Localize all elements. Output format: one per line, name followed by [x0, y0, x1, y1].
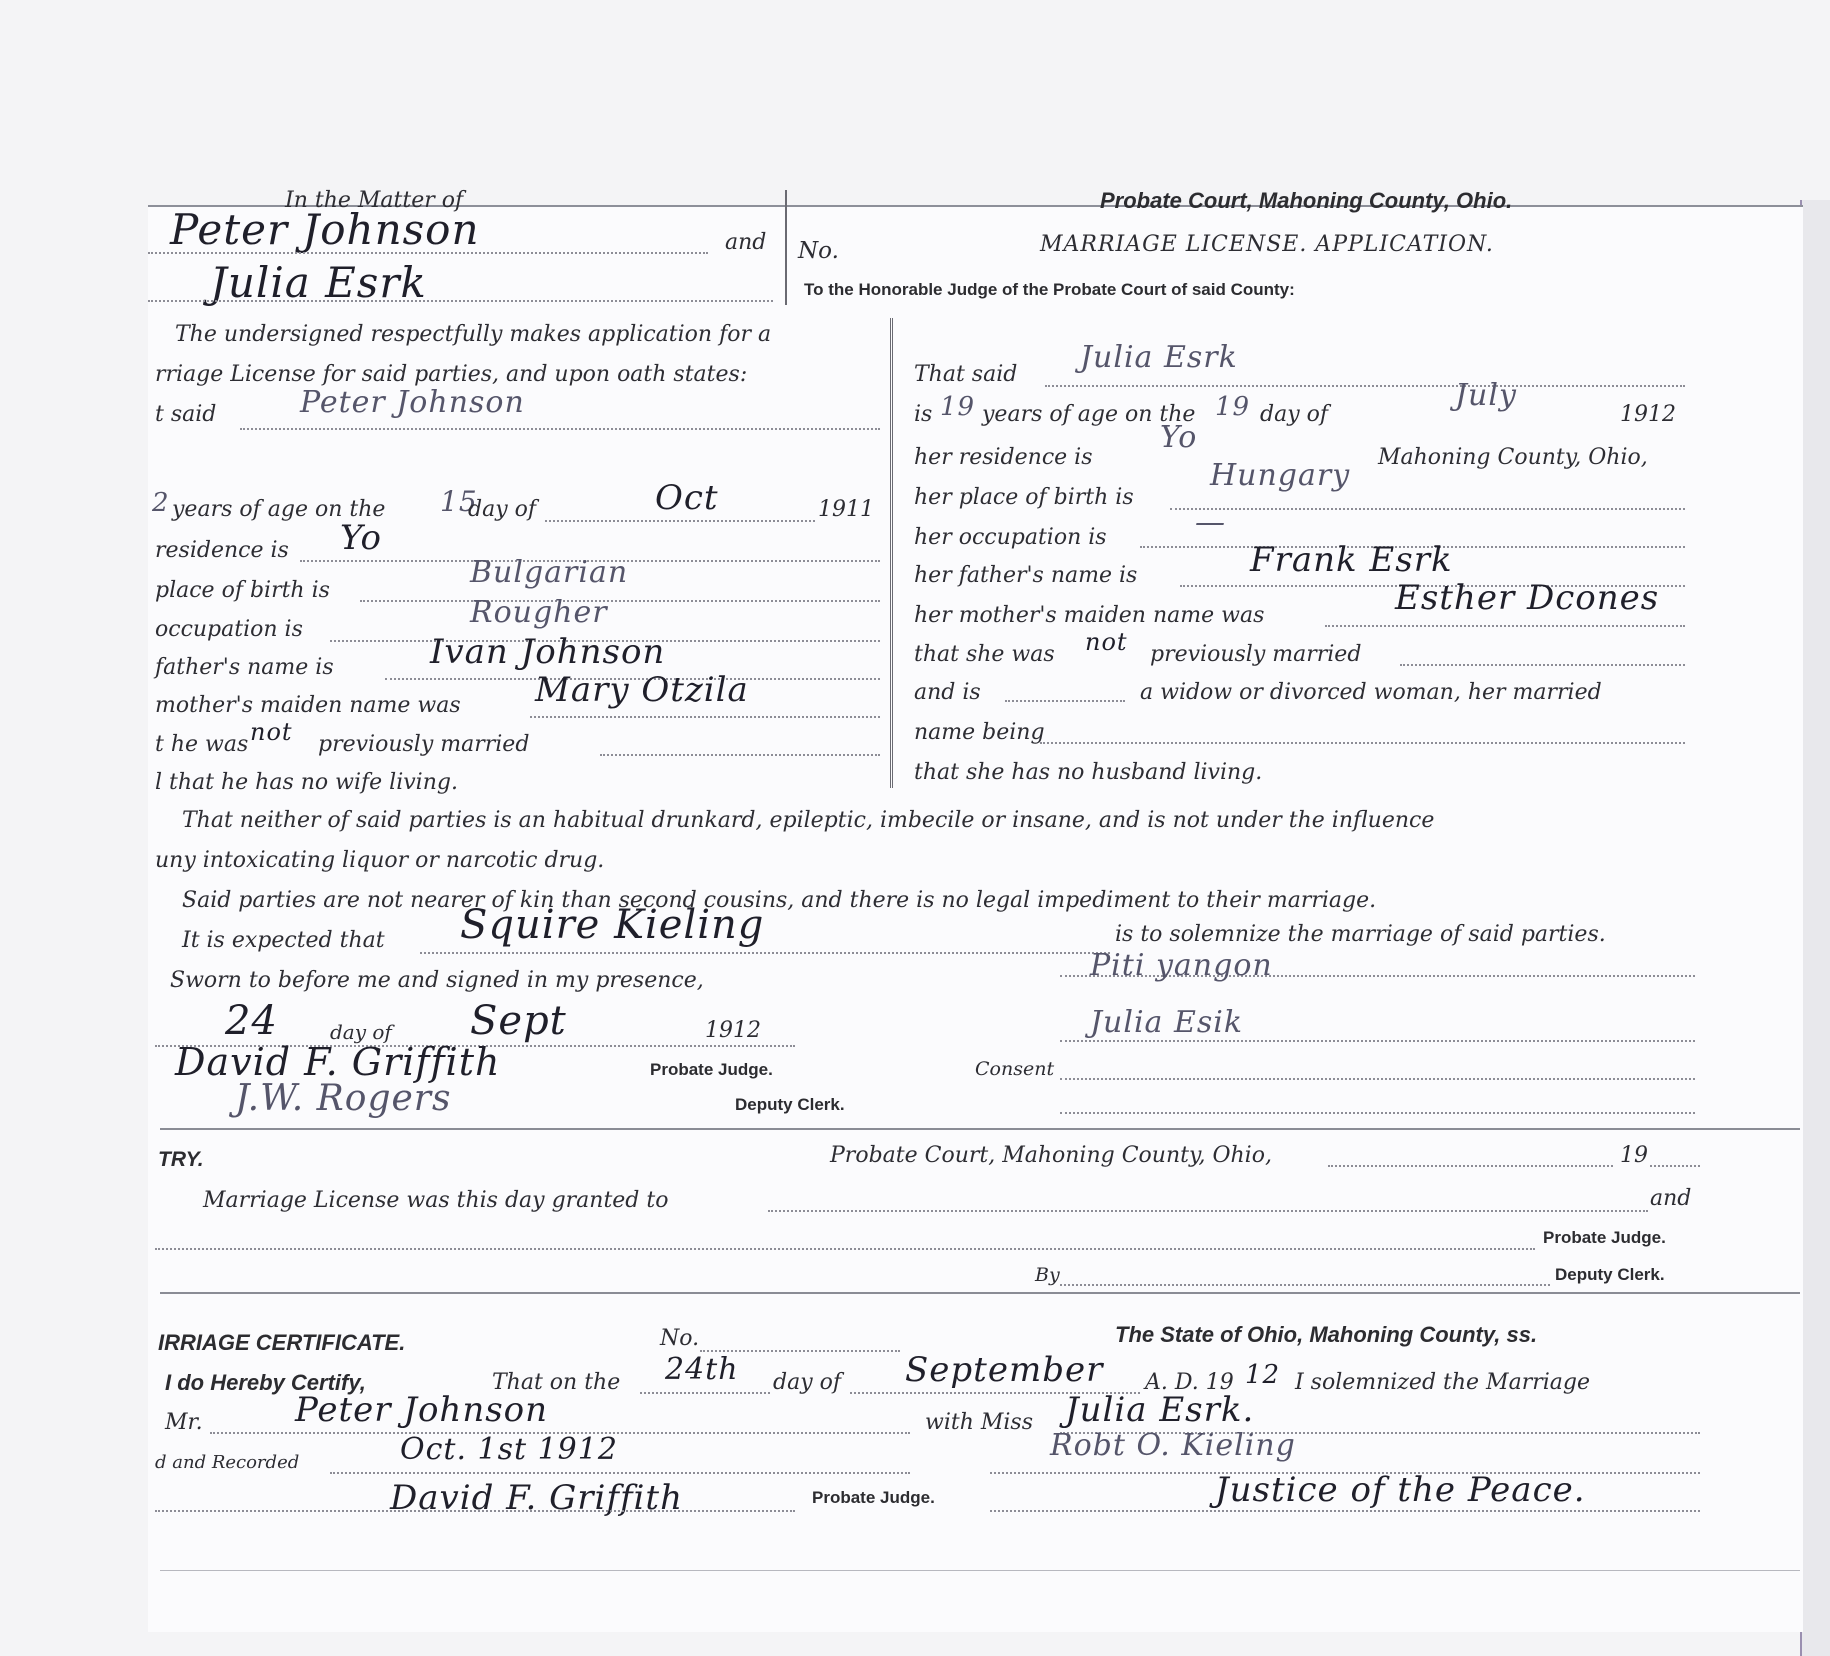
state-heading: The State of Ohio, Mahoning County, ss.	[1115, 1322, 1537, 1348]
address-line: To the Honorable Judge of the Probate Co…	[804, 280, 1295, 300]
case-number-label: No.	[798, 238, 839, 264]
groom-age-field: 2	[152, 488, 170, 518]
sworn-year: 1912	[705, 1018, 761, 1043]
groom-name-field: Peter Johnson	[300, 385, 525, 420]
cert-judge-signature: David F. Griffith	[390, 1478, 683, 1518]
certificate-no-label: No.	[660, 1326, 699, 1351]
bride-widow-label-b: a widow or divorced woman, her married	[1140, 680, 1602, 705]
bride-name-field: Julia Esrk	[1080, 340, 1238, 375]
entry-by-label: By	[1035, 1264, 1060, 1286]
groom-mother-field: Mary Otzila	[535, 670, 749, 710]
cert-recorded-field: Oct. 1st 1912	[400, 1432, 618, 1467]
header-and-label: and	[725, 230, 766, 255]
bride-said-label: That said	[914, 362, 1017, 387]
groom-residence-field: Yo	[340, 518, 382, 558]
cert-officiant-title: Justice of the Peace.	[1215, 1470, 1586, 1510]
entry-court-line: Probate Court, Mahoning County, Ohio,	[830, 1143, 1272, 1168]
bride-day-field: 19	[1215, 392, 1250, 422]
groom-signature: Piti yangon	[1090, 948, 1273, 983]
bride-father-field: Frank Esrk	[1250, 540, 1453, 580]
bride-widow-label-a: and is	[914, 680, 981, 705]
form-title: MARRIAGE LICENSE. APPLICATION.	[1040, 232, 1494, 257]
bride-year: 1912	[1620, 402, 1676, 427]
groom-birth-label: place of birth is	[155, 578, 330, 603]
cert-recorded-label: d and Recorded	[155, 1452, 299, 1473]
bride-residence-label: her residence is	[914, 445, 1093, 470]
bride-age-field: 19	[940, 392, 975, 422]
bride-birth-field: Hungary	[1210, 458, 1350, 493]
groom-year: 1911	[818, 497, 874, 522]
entry-granted-label: Marriage License was this day granted to	[203, 1188, 668, 1213]
sworn-label: Sworn to before me and signed in my pres…	[170, 968, 704, 993]
cert-groom-field: Peter Johnson	[295, 1390, 548, 1430]
sworn-day-field: 24	[225, 998, 278, 1044]
groom-father-field: Ivan Johnson	[430, 632, 665, 672]
certificate-heading: IRRIAGE CERTIFICATE.	[158, 1330, 405, 1356]
bride-prev-field: not	[1085, 628, 1128, 656]
bride-is-label: is	[914, 402, 932, 427]
bride-prev-label-a: that she was	[914, 642, 1055, 667]
bride-mother-field: Esther Dcones	[1395, 578, 1659, 618]
groom-birth-field: Bulgarian	[470, 555, 628, 590]
deputy-clerk-label: Deputy Clerk.	[735, 1095, 845, 1115]
cert-mr-label: Mr.	[165, 1410, 203, 1435]
groom-occupation-field: Rougher	[470, 595, 608, 630]
groom-residence-label: residence is	[155, 538, 289, 563]
groom-no-wife: l that he has no wife living.	[155, 770, 458, 795]
cert-day-field: 24th	[665, 1352, 739, 1387]
probate-judge-label: Probate Judge.	[650, 1060, 773, 1080]
court-title: Probate Court, Mahoning County, Ohio.	[1100, 188, 1512, 214]
groom-father-label: father's name is	[155, 655, 334, 680]
para-habitual-cont: uny intoxicating liquor or narcotic drug…	[155, 848, 604, 873]
cert-month-field: September	[905, 1350, 1103, 1390]
para-habitual: That neither of said parties is an habit…	[182, 808, 1434, 833]
cert-solemnized-label: I solemnized the Marriage	[1295, 1370, 1590, 1395]
clerk-signature: J.W. Rogers	[235, 1078, 452, 1119]
entry-heading: TRY.	[158, 1148, 204, 1172]
sworn-month-field: Sept	[470, 998, 567, 1044]
entry-and-label: and	[1650, 1186, 1691, 1211]
cert-with-miss-label: with Miss	[925, 1410, 1033, 1435]
bride-month-field: July	[1455, 378, 1517, 413]
groom-prev-label-b: previously married	[318, 732, 529, 757]
adjacent-page-edge	[1800, 200, 1830, 1656]
bride-no-husband: that she has no husband living.	[914, 760, 1262, 785]
bride-county-label: Mahoning County, Ohio,	[1378, 445, 1648, 470]
bride-prev-label-b: previously married	[1150, 642, 1361, 667]
cert-day-of-label: day of	[773, 1370, 841, 1395]
groom-prev-label-a: t he was	[155, 732, 248, 757]
cert-probate-judge-label: Probate Judge.	[812, 1488, 935, 1508]
bride-occupation-field: —	[1195, 505, 1226, 540]
bride-birth-label: her place of birth is	[914, 485, 1134, 510]
entry-deputy-clerk: Deputy Clerk.	[1555, 1265, 1665, 1285]
bride-day-label: day of	[1260, 402, 1328, 427]
entry-probate-judge: Probate Judge.	[1543, 1228, 1666, 1248]
officiant-field: Squire Kieling	[460, 902, 764, 948]
groom-mother-label: mother's maiden name was	[155, 693, 461, 718]
groom-said-label: t said	[155, 402, 216, 427]
para-kin: Said parties are not nearer of kin than …	[182, 888, 1376, 913]
entry-year-prefix: 19	[1620, 1143, 1648, 1168]
solemnize-label: is to solemnize the marriage of said par…	[1115, 922, 1606, 947]
consent-label: Consent	[975, 1058, 1054, 1080]
header-groom-name: Peter Johnson	[170, 205, 480, 254]
groom-occupation-label: occupation is	[155, 617, 303, 642]
groom-prev-field: not	[250, 718, 293, 746]
cert-officiant-signature: Robt O. Kieling	[1050, 1428, 1296, 1463]
bride-mother-label: her mother's maiden name was	[914, 603, 1264, 628]
bride-residence-field: Yo	[1160, 420, 1197, 455]
bride-signature: Julia Esik	[1090, 1005, 1243, 1040]
groom-day-label: day of	[468, 497, 536, 522]
groom-month-field: Oct	[655, 478, 719, 518]
bride-name-being-label: name being	[914, 720, 1045, 745]
cert-year-field: 12	[1245, 1360, 1280, 1390]
bride-father-label: her father's name is	[914, 563, 1137, 588]
intro-line-2: rriage License for said parties, and upo…	[155, 362, 747, 387]
bride-occupation-label: her occupation is	[914, 525, 1107, 550]
cert-bride-field: Julia Esrk.	[1065, 1390, 1254, 1430]
intro-line-1: The undersigned respectfully makes appli…	[175, 322, 771, 347]
expected-label: It is expected that	[182, 928, 385, 953]
